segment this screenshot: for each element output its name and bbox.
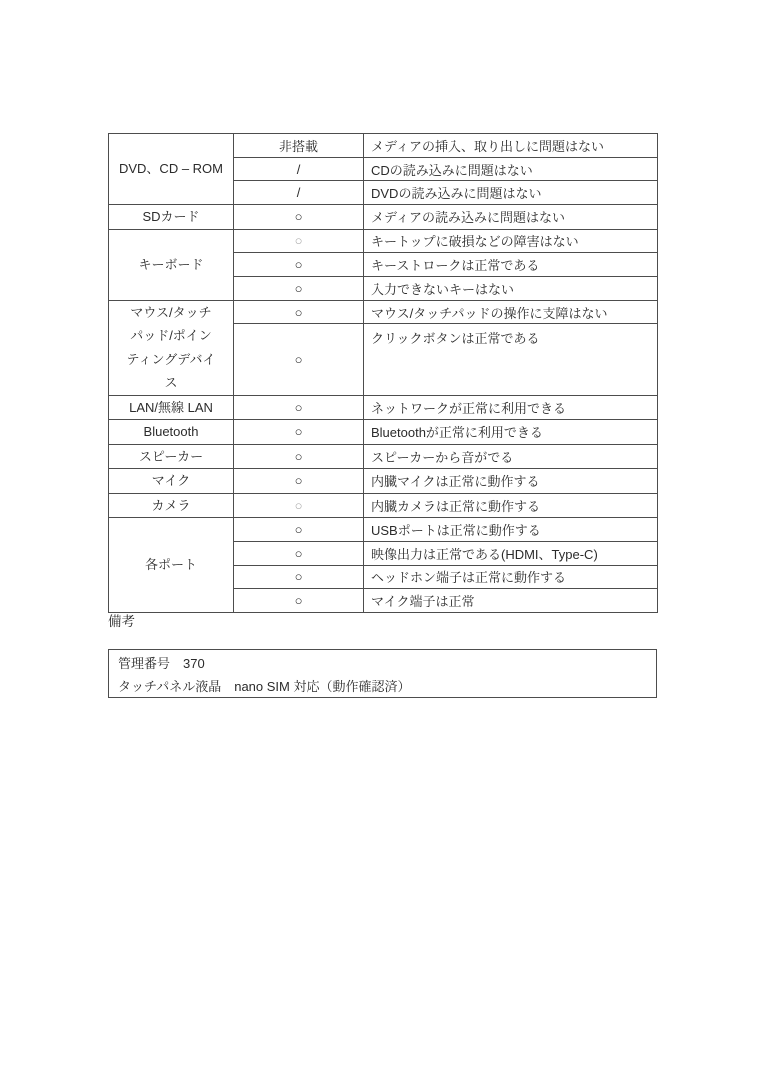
description-cell: キートップに破損などの障害はない (364, 229, 658, 253)
description-cell: メディアの読み込みに問題はない (364, 205, 658, 230)
status-cell: ○ (234, 253, 364, 277)
status-cell: ○ (234, 205, 364, 230)
description-cell: 内臓マイクは正常に動作する (364, 469, 658, 494)
status-cell: / (234, 157, 364, 181)
description-cell: 入力できないキーはない (364, 276, 658, 300)
category-cell: マウス/タッチ パッド/ポイン ティングデバイ ス (109, 300, 234, 395)
status-cell: ○ (234, 541, 364, 565)
table-row: DVD、CD – ROM非搭載メディアの挿入、取り出しに問題はない (109, 134, 658, 158)
table-row: LAN/無線 LAN○ネットワークが正常に利用できる (109, 395, 658, 420)
notes-label: 備考 (108, 610, 135, 630)
status-cell: / (234, 181, 364, 205)
status-cell: ○ (234, 324, 364, 395)
table-row: SDカード○メディアの読み込みに問題はない (109, 205, 658, 230)
table-row: マウス/タッチ パッド/ポイン ティングデバイ ス○マウス/タッチパッドの操作に… (109, 300, 658, 324)
description-cell: キーストロークは正常である (364, 253, 658, 277)
table-row: カメラ○内臓カメラは正常に動作する (109, 493, 658, 518)
status-cell: ○ (234, 395, 364, 420)
info-line-touch-panel: タッチパネル液晶 nano SIM 対応（動作確認済） (118, 675, 647, 698)
category-cell: Bluetooth (109, 420, 234, 445)
table-row: Bluetooth○Bluetoothが正常に利用できる (109, 420, 658, 445)
description-cell: USBポートは正常に動作する (364, 518, 658, 542)
status-cell: 非搭載 (234, 134, 364, 158)
status-cell: ○ (234, 444, 364, 469)
description-cell: マイク端子は正常 (364, 589, 658, 613)
description-cell: CDの読み込みに問題はない (364, 157, 658, 181)
status-cell: ○ (234, 300, 364, 324)
description-cell: Bluetoothが正常に利用できる (364, 420, 658, 445)
description-cell: DVDの読み込みに問題はない (364, 181, 658, 205)
info-line-management-number: 管理番号 370 (118, 652, 647, 675)
status-cell: ○ (234, 229, 364, 253)
inspection-table-container: DVD、CD – ROM非搭載メディアの挿入、取り出しに問題はない/CDの読み込… (108, 133, 658, 613)
category-cell: LAN/無線 LAN (109, 395, 234, 420)
inspection-table-body: DVD、CD – ROM非搭載メディアの挿入、取り出しに問題はない/CDの読み込… (109, 134, 658, 613)
category-cell: キーボード (109, 229, 234, 300)
status-cell: ○ (234, 518, 364, 542)
description-cell: 内臓カメラは正常に動作する (364, 493, 658, 518)
status-cell: ○ (234, 276, 364, 300)
table-row: マイク○内臓マイクは正常に動作する (109, 469, 658, 494)
description-cell: クリックボタンは正常である (364, 324, 658, 395)
description-cell: スピーカーから音がでる (364, 444, 658, 469)
inspection-table: DVD、CD – ROM非搭載メディアの挿入、取り出しに問題はない/CDの読み込… (108, 133, 658, 613)
description-cell: メディアの挿入、取り出しに問題はない (364, 134, 658, 158)
table-row: スピーカー○スピーカーから音がでる (109, 444, 658, 469)
status-cell: ○ (234, 469, 364, 494)
status-cell: ○ (234, 493, 364, 518)
status-cell: ○ (234, 589, 364, 613)
document-page: DVD、CD – ROM非搭載メディアの挿入、取り出しに問題はない/CDの読み込… (0, 0, 763, 1080)
description-cell: ネットワークが正常に利用できる (364, 395, 658, 420)
status-cell: ○ (234, 565, 364, 589)
category-cell: 各ポート (109, 518, 234, 613)
description-cell: マウス/タッチパッドの操作に支障はない (364, 300, 658, 324)
table-row: 各ポート○USBポートは正常に動作する (109, 518, 658, 542)
category-cell: スピーカー (109, 444, 234, 469)
info-box: 管理番号 370 タッチパネル液晶 nano SIM 対応（動作確認済） (108, 649, 657, 698)
description-cell: 映像出力は正常である(HDMI、Type-C) (364, 541, 658, 565)
table-row: キーボード○キートップに破損などの障害はない (109, 229, 658, 253)
status-cell: ○ (234, 420, 364, 445)
category-cell: カメラ (109, 493, 234, 518)
category-cell: DVD、CD – ROM (109, 134, 234, 205)
category-cell: SDカード (109, 205, 234, 230)
category-cell: マイク (109, 469, 234, 494)
description-cell: ヘッドホン端子は正常に動作する (364, 565, 658, 589)
